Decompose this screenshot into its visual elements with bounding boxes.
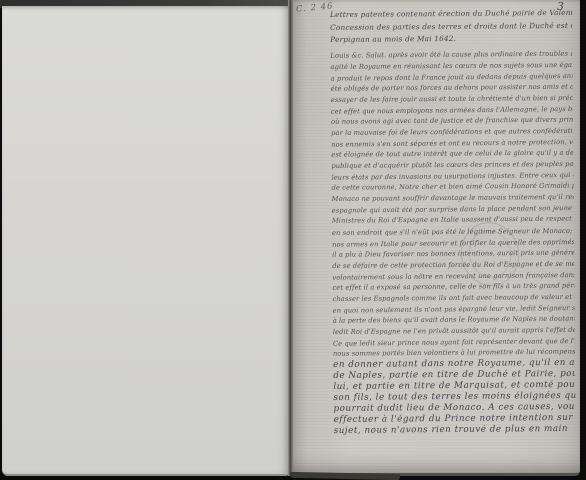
manuscript-line: été obligés de porter nos forces au deho… <box>331 82 573 95</box>
manuscript-text: Lettres patentes contenant érection du D… <box>330 7 576 438</box>
manuscript-line: nous sommes portés bien volontiers à lui… <box>333 347 575 360</box>
manuscript-line: cet effet il a exposé sa personne, celle… <box>332 280 574 293</box>
manuscript-line: Ministres du Roi d'Espagne en Italie usa… <box>332 214 574 227</box>
manuscript-line: où nous avons agi avec tant de justice e… <box>331 115 573 128</box>
manuscript-line: Louis &c. Salut. après avoir ôté la caus… <box>330 48 572 61</box>
document-body: Louis &c. Salut. après avoir ôté la caus… <box>330 49 575 360</box>
document-closing: en donner autant dans notre Royaume, qu'… <box>333 358 576 437</box>
heading-line: Concession des parties des terres et dro… <box>330 19 572 34</box>
manuscript-line: il a plu à Dieu favoriser nos bonnes int… <box>332 247 574 260</box>
manuscript-line: à la perte des biens qu'il avait dans le… <box>333 313 575 326</box>
manuscript-line: est éloignée de tout autre intérêt que d… <box>331 148 573 161</box>
left-blank-page <box>2 6 289 476</box>
manuscript-line: sujet, nous n'avons rien trouvé de plus … <box>334 424 576 437</box>
manuscript-page: C. 2 46 3 Lettres patentes contenant ére… <box>293 0 580 476</box>
manuscript-line: de cette couronne, Notre cher et bien ai… <box>332 181 574 194</box>
document-heading: Lettres patentes contenant érection du D… <box>330 7 572 47</box>
page-bottom-shadow <box>290 472 400 480</box>
book-scan: C. 2 46 3 Lettres patentes contenant ére… <box>0 0 586 480</box>
heading-line: Perpignan au mois de Mai 1642. <box>330 32 572 47</box>
